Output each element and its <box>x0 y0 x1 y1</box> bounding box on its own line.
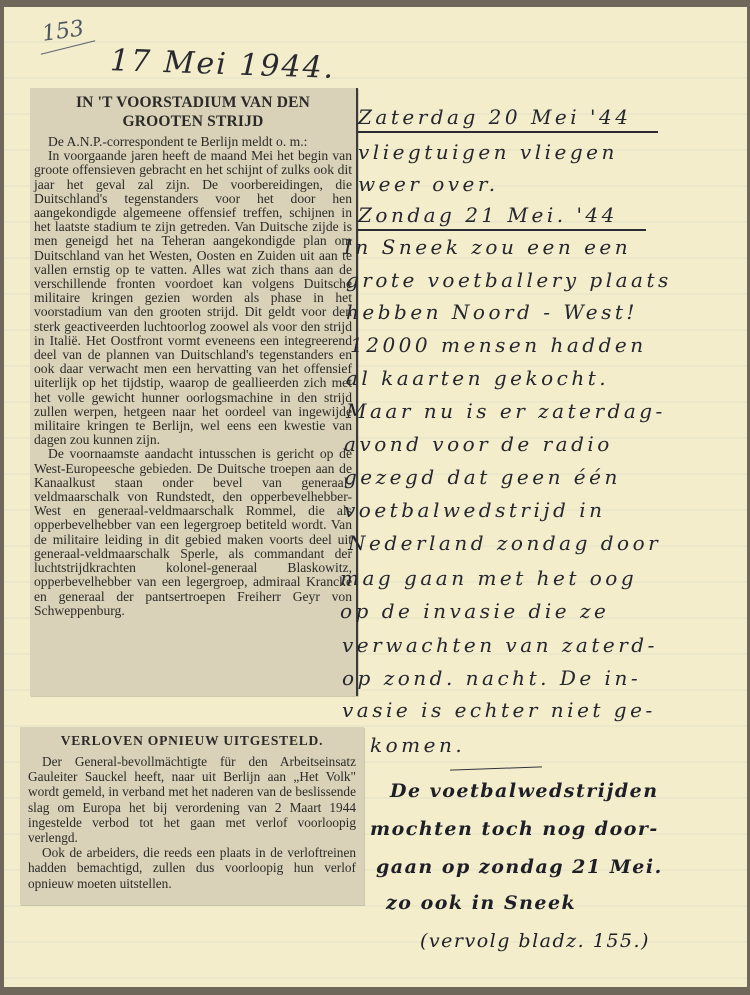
handwritten-line: verwachten van zaterd- <box>342 633 658 657</box>
clipping-body: De A.N.P.-correspondent te Berlijn meldt… <box>34 135 352 618</box>
handwritten-line: 12000 mensen hadden <box>350 333 647 357</box>
handwritten-date-zaterdag: Zaterdag 20 Mei '44 <box>358 105 658 133</box>
handwritten-line: gezegd dat geen één <box>344 465 621 489</box>
handwritten-line: mochten toch nog door- <box>370 818 659 840</box>
handwritten-line: grote voetballery plaats <box>346 268 672 292</box>
handwritten-line: mag gaan met het oog <box>340 566 637 590</box>
handwritten-line: In Sneek zou een een <box>344 235 631 259</box>
handwritten-line: komen. <box>370 733 465 757</box>
handwritten-line: De voetbalwedstrijden <box>390 780 659 802</box>
clipping-paragraph: Ook de arbeiders, die reeds een plaats i… <box>28 845 356 891</box>
newspaper-clipping-verloven: VERLOVEN OPNIEUW UITGESTELD. Der General… <box>20 727 364 905</box>
handwritten-line: Nederland zondag door <box>348 531 661 555</box>
continuation-note: (vervolg bladz. 155.) <box>420 930 650 952</box>
handwritten-line: vliegtuigen vliegen <box>358 140 618 164</box>
handwritten-line: weer over. <box>358 172 499 196</box>
handwritten-line: op de invasie die ze <box>340 599 609 623</box>
handwritten-line: avond voor de radio <box>344 432 613 456</box>
newspaper-clipping-voorstadium: IN 'T VOORSTADIUM VAN DEN GROOTEN STRIJD… <box>30 88 358 696</box>
handwritten-line: gaan op zondag 21 Mei. <box>376 856 663 878</box>
handwritten-line: op zond. nacht. De in- <box>342 666 641 690</box>
page-number: 153 <box>40 16 85 47</box>
handwritten-line: al kaarten gekocht. <box>346 366 609 390</box>
handwritten-line: Maar nu is er zaterdag- <box>346 399 666 423</box>
clipping-paragraph: De A.N.P.-correspondent te Berlijn meldt… <box>34 135 352 149</box>
clipping-paragraph: De voornaamste aandacht intusschen is ge… <box>34 447 352 617</box>
handwritten-date-zondag: Zondag 21 Mei. '44 <box>358 203 646 231</box>
clipping-paragraph: Der General-bevollmächtigte für den Arbe… <box>28 754 356 845</box>
clipping-headline: IN 'T VOORSTADIUM VAN DEN GROOTEN STRIJD <box>34 93 352 131</box>
clipping-headline: VERLOVEN OPNIEUW UITGESTELD. <box>28 733 356 749</box>
handwritten-line: voetbalwedstrijd in <box>344 498 606 522</box>
handwritten-line: zo ook in Sneek <box>386 892 576 914</box>
handwritten-line: vasie is echter niet ge- <box>342 698 656 722</box>
date-header: 17 Mei 1944. <box>109 43 335 86</box>
clipping-paragraph: In voorgaande jaren heeft de maand Mei h… <box>34 149 352 447</box>
handwritten-line: hebben Noord - West! <box>346 300 638 324</box>
clipping-body: Der General-bevollmächtigte für den Arbe… <box>28 754 356 891</box>
